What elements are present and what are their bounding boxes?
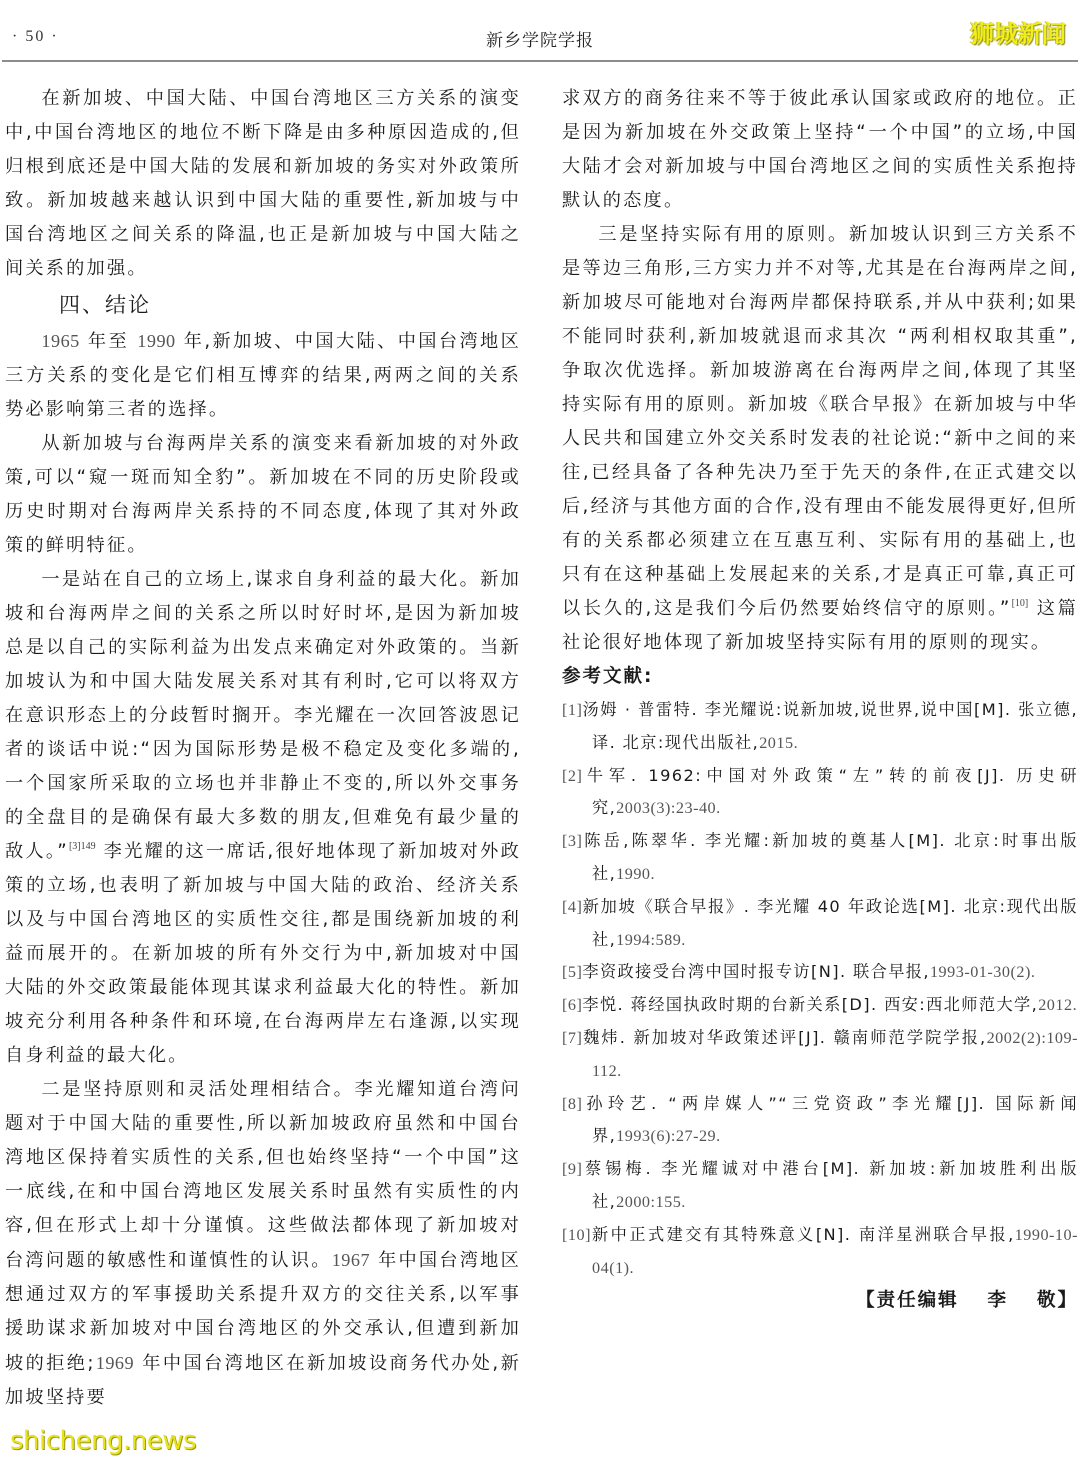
reference-text: 新中正式建交有其特殊意义[N]. 南洋星洲联合早报, <box>591 1225 1015 1244</box>
reference-label: [1] <box>562 701 582 719</box>
citation-3: [3]149 <box>69 841 96 852</box>
references-list: [1]汤姆 · 普雷特. 李光耀说:说新加坡,说世界,说中国[M]. 张立德,译… <box>562 694 1078 1284</box>
reference-text: 魏炜. 新加坡对华政策述评[J]. 赣南师范学院学报, <box>582 1028 986 1047</box>
reference-item: [7]魏炜. 新加坡对华政策述评[J]. 赣南师范学院学报,2002(2):10… <box>562 1022 1078 1088</box>
reference-tail: 2003(3):23-40. <box>616 799 721 817</box>
reference-tail: 1990. <box>616 865 655 883</box>
paragraph: 求双方的商务往来不等于彼此承认国家或政府的地位。正是因为新加坡在外交政策上坚持“… <box>562 82 1078 218</box>
year: 1967 <box>332 1250 370 1270</box>
watermark-logo-top: 狮城新闻 <box>970 14 1066 49</box>
text: 一是站在自己的立场上,谋求自身利益的最大化。新加坡和台海两岸之间的关系之所以时好… <box>5 569 521 862</box>
section-heading-conclusion: 四、结论 <box>5 286 521 324</box>
text: 二是坚持原则和灵活处理相结合。李光耀知道台湾问题对于中国大陆的重要性,所以新加坡… <box>5 1079 521 1271</box>
reference-label: [8] <box>562 1095 582 1113</box>
reference-tail: 2015. <box>759 734 798 752</box>
paragraph: 从新加坡与台海两岸关系的演变来看新加坡的对外政策,可以“窥一斑而知全豹”。新加坡… <box>5 427 521 563</box>
journal-title: 新乡学院学报 <box>0 26 1080 51</box>
reference-item: [2]牛军. 1962:中国对外政策“左”转的前夜[J]. 历史研究,2003(… <box>562 760 1078 826</box>
reference-text: 汤姆 · 普雷特. 李光耀说:说新加坡,说世界,说中国[M]. 张立德,译. 北… <box>582 700 1078 752</box>
reference-item: [1]汤姆 · 普雷特. 李光耀说:说新加坡,说世界,说中国[M]. 张立德,译… <box>562 694 1078 760</box>
page-header: · 50 · 新乡学院学报 狮城新闻 <box>0 0 1080 62</box>
text: 三是坚持实际有用的原则。新加坡认识到三方关系不是等边三角形,三方实力并不对等,尤… <box>562 224 1078 619</box>
paragraph: 在新加坡、中国大陆、中国台湾地区三方关系的演变中,中国台湾地区的地位不断下降是由… <box>5 82 521 286</box>
paragraph: 二是坚持原则和灵活处理相结合。李光耀知道台湾问题对于中国大陆的重要性,所以新加坡… <box>5 1073 521 1415</box>
paragraph: 一是站在自己的立场上,谋求自身利益的最大化。新加坡和台海两岸之间的关系之所以时好… <box>5 563 521 1073</box>
reference-label: [6] <box>562 996 582 1014</box>
reference-tail: 1993-01-30(2). <box>930 963 1035 981</box>
reference-item: [3]陈岳,陈翠华. 李光耀:新加坡的奠基人[M]. 北京:时事出版社,1990… <box>562 825 1078 891</box>
text: 年至 <box>80 331 138 352</box>
reference-label: [10] <box>562 1226 591 1244</box>
reference-item: [10]新中正式建交有其特殊意义[N]. 南洋星洲联合早报,1990-10-04… <box>562 1219 1078 1285</box>
paragraph: 1965 年至 1990 年,新加坡、中国大陆、中国台湾地区三方关系的变化是它们… <box>5 324 521 427</box>
reference-tail: 2000:155. <box>616 1193 686 1211</box>
year: 1990 <box>137 331 175 351</box>
reference-tail: 2012. <box>1038 996 1077 1014</box>
reference-item: [5]李资政接受台湾中国时报专访[N]. 联合早报,1993-01-30(2). <box>562 956 1078 989</box>
right-column: 求双方的商务往来不等于彼此承认国家或政府的地位。正是因为新加坡在外交政策上坚持“… <box>562 82 1078 1318</box>
reference-tail: 1994:589. <box>616 931 686 949</box>
paragraph: 三是坚持实际有用的原则。新加坡认识到三方关系不是等边三角形,三方实力并不对等,尤… <box>562 218 1078 660</box>
reference-label: [9] <box>562 1160 582 1178</box>
reference-item: [9]蔡锡梅. 李光耀诚对中港台[M]. 新加坡:新加坡胜利出版社,2000:1… <box>562 1153 1078 1219</box>
reference-label: [2] <box>562 767 582 785</box>
reference-text: 李资政接受台湾中国时报专访[N]. 联合早报, <box>582 962 930 981</box>
references-title: 参考文献: <box>562 660 1078 694</box>
reference-item: [6]李悦. 蒋经国执政时期的台新关系[D]. 西安:西北师范大学,2012. <box>562 989 1078 1022</box>
reference-label: [5] <box>562 963 582 981</box>
reference-text: 李悦. 蒋经国执政时期的台新关系[D]. 西安:西北师范大学, <box>582 995 1038 1014</box>
reference-item: [4]新加坡《联合早报》. 李光耀 40 年政论选[M]. 北京:现代出版社,1… <box>562 891 1078 957</box>
left-column: 在新加坡、中国大陆、中国台湾地区三方关系的演变中,中国台湾地区的地位不断下降是由… <box>5 82 521 1415</box>
reference-text: 陈岳,陈翠华. 李光耀:新加坡的奠基人[M]. 北京:时事出版社, <box>582 831 1078 883</box>
reference-label: [7] <box>562 1029 582 1047</box>
header-divider <box>2 60 1078 62</box>
reference-tail: 1993(6):27-29. <box>616 1127 721 1145</box>
watermark-logo-bottom: shicheng.news <box>10 1426 196 1456</box>
responsible-editor-note: 【责任编辑 李 敬】 <box>562 1284 1078 1318</box>
reference-item: [8]孙玲艺. “两岸媒人”“三党资政”李光耀[J]. 国际新闻界,1993(6… <box>562 1088 1078 1154</box>
year: 1969 <box>96 1353 134 1373</box>
citation-10: [10] <box>1012 598 1029 609</box>
reference-label: [3] <box>562 832 582 850</box>
year: 1965 <box>41 331 79 351</box>
reference-label: [4] <box>562 898 582 916</box>
text: 李光耀的这一席话,很好地体现了新加坡对外政策的立场,也表明了新加坡与中国大陆的政… <box>5 841 521 1066</box>
